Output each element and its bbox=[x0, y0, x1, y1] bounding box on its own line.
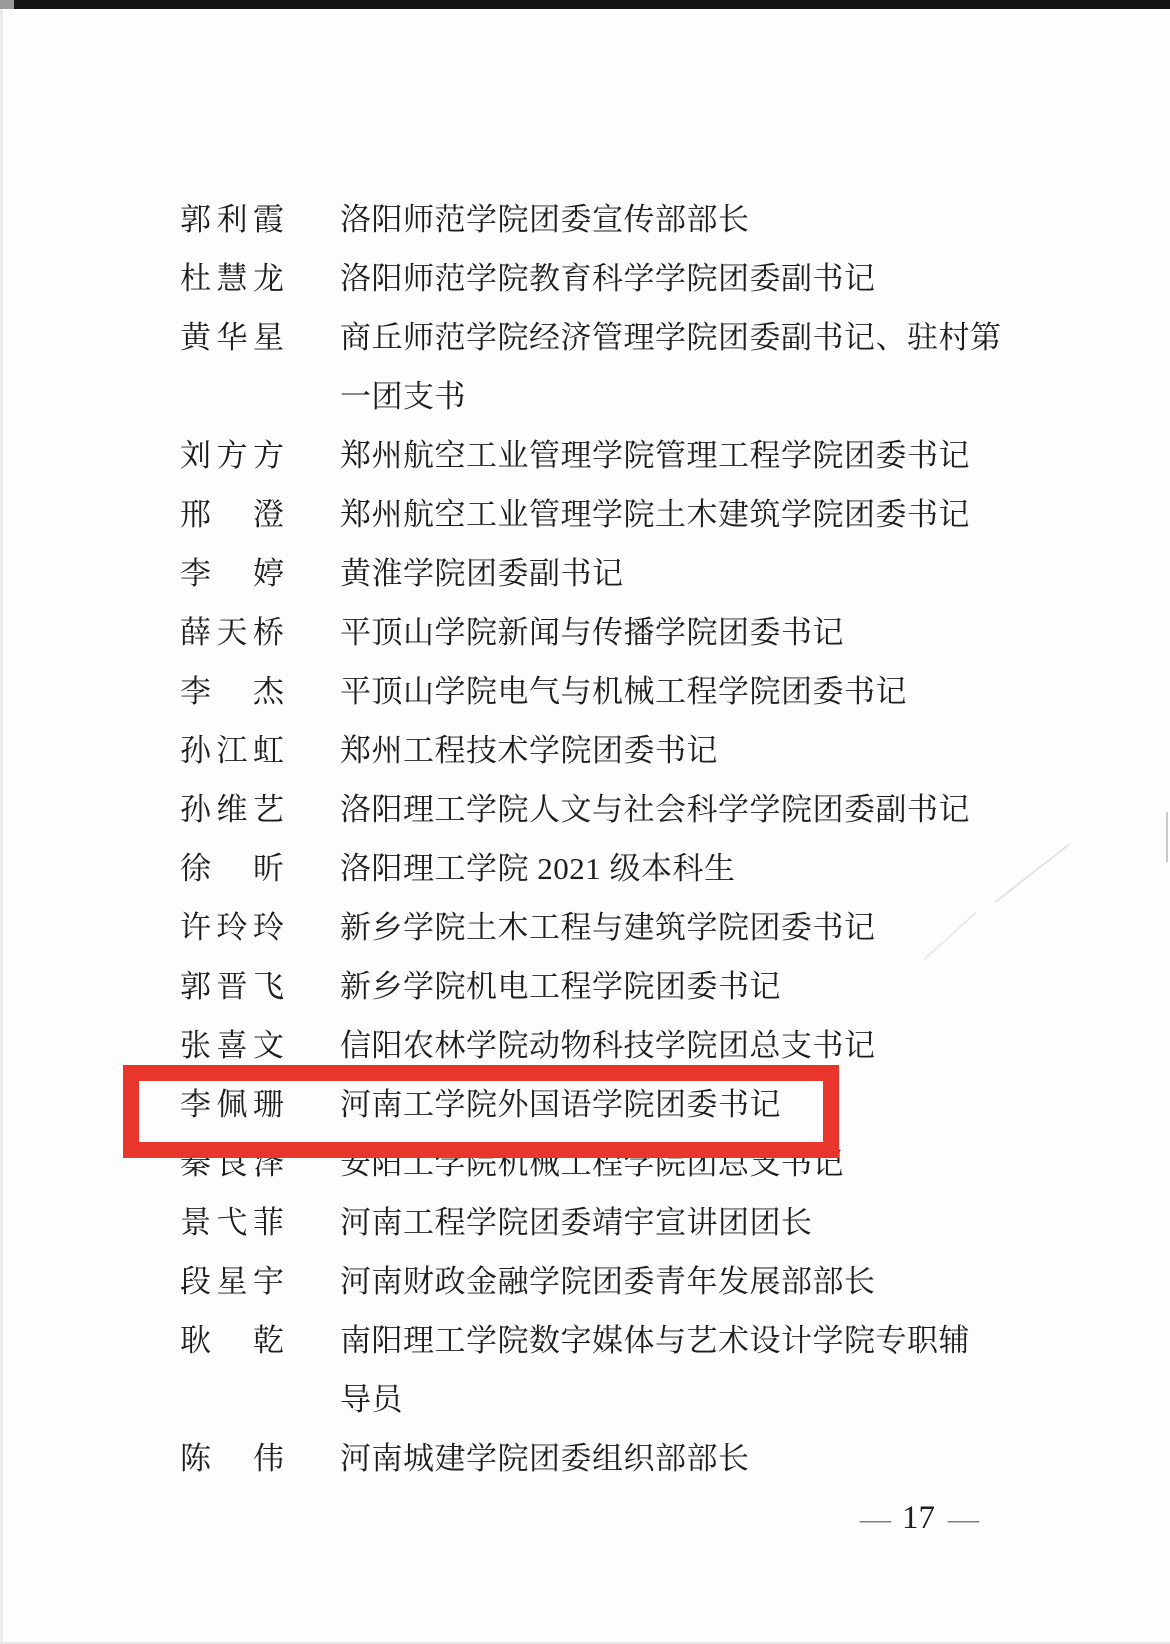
name-char: 昕 bbox=[253, 839, 284, 898]
person-position: 郑州航空工业管理学院管理工程学院团委书记 bbox=[340, 426, 970, 485]
name-char: 婷 bbox=[253, 544, 284, 603]
person-name: 景弋菲 bbox=[180, 1193, 284, 1252]
person-name: 薛天桥 bbox=[180, 603, 284, 662]
person-name: 耿乾 bbox=[180, 1311, 284, 1370]
person-name: 邢澄 bbox=[180, 485, 284, 544]
person-name: 徐昕 bbox=[180, 839, 284, 898]
name-char: 玲 bbox=[217, 898, 248, 957]
position-line: 洛阳师范学院教育科学学院团委副书记 bbox=[340, 249, 876, 308]
person-name: 张喜文 bbox=[180, 1016, 284, 1075]
person-position: 洛阳理工学院 2021 级本科生 bbox=[340, 839, 736, 898]
name-char: 佩 bbox=[217, 1075, 248, 1134]
name-char: 华 bbox=[217, 308, 248, 367]
person-name: 陈伟 bbox=[180, 1429, 284, 1488]
name-char: 薛 bbox=[180, 603, 211, 662]
scan-top-edge bbox=[0, 0, 1170, 9]
position-line: 河南城建学院团委组织部部长 bbox=[340, 1429, 750, 1488]
name-char: 秦 bbox=[180, 1134, 211, 1193]
person-position: 河南工学院外国语学院团委书记 bbox=[340, 1075, 781, 1134]
name-char: 杜 bbox=[180, 249, 211, 308]
position-line: 信阳农林学院动物科技学院团总支书记 bbox=[340, 1016, 876, 1075]
position-line: 一团支书 bbox=[340, 367, 1002, 426]
person-name: 杜慧龙 bbox=[180, 249, 284, 308]
list-item: 郭晋飞 新乡学院机电工程学院团委书记 bbox=[180, 957, 1002, 1016]
list-item: 耿乾 南阳理工学院数字媒体与艺术设计学院专职辅导员 bbox=[180, 1311, 1002, 1429]
position-line: 郑州航空工业管理学院土木建筑学院团委书记 bbox=[340, 485, 970, 544]
list-item: 孙江虹 郑州工程技术学院团委书记 bbox=[180, 721, 1002, 780]
person-name: 秦艮泽 bbox=[180, 1134, 284, 1193]
person-name: 刘方方 bbox=[180, 426, 284, 485]
name-char: 龙 bbox=[253, 249, 284, 308]
person-position: 洛阳理工学院人文与社会科学学院团委副书记 bbox=[340, 780, 970, 839]
name-char: 弋 bbox=[217, 1193, 248, 1252]
name-char: 方 bbox=[217, 426, 248, 485]
name-char: 星 bbox=[217, 1252, 248, 1311]
name-char: 李 bbox=[180, 544, 211, 603]
person-name: 黄华星 bbox=[180, 308, 284, 367]
name-char: 孙 bbox=[180, 780, 211, 839]
list-item: 许玲玲 新乡学院土木工程与建筑学院团委书记 bbox=[180, 898, 1002, 957]
list-item: 秦艮泽 安阳工学院机械工程学院团总支书记 bbox=[180, 1134, 1002, 1193]
list-item: 郭利霞 洛阳师范学院团委宣传部部长 bbox=[180, 190, 1002, 249]
award-list: 郭利霞 洛阳师范学院团委宣传部部长 杜慧龙 洛阳师范学院教育科学学院团委副书记 … bbox=[180, 190, 1002, 1488]
list-item: 李婷 黄淮学院团委副书记 bbox=[180, 544, 1002, 603]
name-char: 珊 bbox=[253, 1075, 284, 1134]
name-char: 喜 bbox=[217, 1016, 248, 1075]
name-char: 飞 bbox=[253, 957, 284, 1016]
person-position: 新乡学院机电工程学院团委书记 bbox=[340, 957, 781, 1016]
name-char: 慧 bbox=[217, 249, 248, 308]
person-name: 孙江虹 bbox=[180, 721, 284, 780]
person-name: 李杰 bbox=[180, 662, 284, 721]
page-number: — 17 — bbox=[860, 1500, 977, 1537]
name-char: 艺 bbox=[253, 780, 284, 839]
person-position: 河南工程学院团委靖宇宣讲团团长 bbox=[340, 1193, 813, 1252]
list-item: 李佩珊 河南工学院外国语学院团委书记 bbox=[180, 1075, 1002, 1134]
scan-left-edge bbox=[0, 9, 3, 1644]
name-char: 星 bbox=[253, 308, 284, 367]
name-char: 桥 bbox=[253, 603, 284, 662]
person-position: 河南财政金融学院团委青年发展部部长 bbox=[340, 1252, 876, 1311]
name-char: 黄 bbox=[180, 308, 211, 367]
name-char: 艮 bbox=[217, 1134, 248, 1193]
name-char: 张 bbox=[180, 1016, 211, 1075]
scan-right-artifact bbox=[1166, 812, 1168, 862]
name-char: 方 bbox=[253, 426, 284, 485]
position-line: 南阳理工学院数字媒体与艺术设计学院专职辅 bbox=[340, 1311, 970, 1370]
person-position: 洛阳师范学院教育科学学院团委副书记 bbox=[340, 249, 876, 308]
list-item: 徐昕 洛阳理工学院 2021 级本科生 bbox=[180, 839, 1002, 898]
person-name: 李佩珊 bbox=[180, 1075, 284, 1134]
list-item: 邢澄 郑州航空工业管理学院土木建筑学院团委书记 bbox=[180, 485, 1002, 544]
person-position: 洛阳师范学院团委宣传部部长 bbox=[340, 190, 750, 249]
position-line: 洛阳师范学院团委宣传部部长 bbox=[340, 190, 750, 249]
position-line: 河南财政金融学院团委青年发展部部长 bbox=[340, 1252, 876, 1311]
position-line: 郑州航空工业管理学院管理工程学院团委书记 bbox=[340, 426, 970, 485]
name-char: 景 bbox=[180, 1193, 211, 1252]
person-position: 安阳工学院机械工程学院团总支书记 bbox=[340, 1134, 844, 1193]
name-char: 宇 bbox=[253, 1252, 284, 1311]
name-char: 郭 bbox=[180, 957, 211, 1016]
name-char: 玲 bbox=[253, 898, 284, 957]
list-item: 薛天桥 平顶山学院新闻与传播学院团委书记 bbox=[180, 603, 1002, 662]
list-item: 杜慧龙 洛阳师范学院教育科学学院团委副书记 bbox=[180, 249, 1002, 308]
page-number-dash-left: — bbox=[860, 1501, 889, 1537]
name-char: 澄 bbox=[253, 485, 284, 544]
name-char: 霞 bbox=[253, 190, 284, 249]
position-line: 洛阳理工学院 2021 级本科生 bbox=[340, 839, 736, 898]
list-item: 刘方方 郑州航空工业管理学院管理工程学院团委书记 bbox=[180, 426, 1002, 485]
person-name: 郭晋飞 bbox=[180, 957, 284, 1016]
person-position: 平顶山学院新闻与传播学院团委书记 bbox=[340, 603, 844, 662]
person-position: 河南城建学院团委组织部部长 bbox=[340, 1429, 750, 1488]
position-line: 安阳工学院机械工程学院团总支书记 bbox=[340, 1134, 844, 1193]
person-position: 平顶山学院电气与机械工程学院团委书记 bbox=[340, 662, 907, 721]
name-char: 李 bbox=[180, 1075, 211, 1134]
name-char: 李 bbox=[180, 662, 211, 721]
position-line: 新乡学院土木工程与建筑学院团委书记 bbox=[340, 898, 876, 957]
list-item: 张喜文 信阳农林学院动物科技学院团总支书记 bbox=[180, 1016, 1002, 1075]
name-char: 菲 bbox=[253, 1193, 284, 1252]
position-line: 河南工学院外国语学院团委书记 bbox=[340, 1075, 781, 1134]
name-char: 乾 bbox=[253, 1311, 284, 1370]
person-name: 郭利霞 bbox=[180, 190, 284, 249]
name-char: 孙 bbox=[180, 721, 211, 780]
name-char: 许 bbox=[180, 898, 211, 957]
position-line: 洛阳理工学院人文与社会科学学院团委副书记 bbox=[340, 780, 970, 839]
name-char: 利 bbox=[217, 190, 248, 249]
list-item: 段星宇 河南财政金融学院团委青年发展部部长 bbox=[180, 1252, 1002, 1311]
person-name: 许玲玲 bbox=[180, 898, 284, 957]
person-position: 南阳理工学院数字媒体与艺术设计学院专职辅导员 bbox=[340, 1311, 970, 1429]
document-page: 郭利霞 洛阳师范学院团委宣传部部长 杜慧龙 洛阳师范学院教育科学学院团委副书记 … bbox=[0, 0, 1170, 1644]
person-position: 郑州航空工业管理学院土木建筑学院团委书记 bbox=[340, 485, 970, 544]
name-char: 邢 bbox=[180, 485, 211, 544]
position-line: 郑州工程技术学院团委书记 bbox=[340, 721, 718, 780]
position-line: 河南工程学院团委靖宇宣讲团团长 bbox=[340, 1193, 813, 1252]
page-number-dash-right: — bbox=[948, 1501, 977, 1537]
name-char: 耿 bbox=[180, 1311, 211, 1370]
page-number-value: 17 bbox=[902, 1500, 935, 1537]
name-char: 江 bbox=[217, 721, 248, 780]
position-line: 平顶山学院新闻与传播学院团委书记 bbox=[340, 603, 844, 662]
name-char: 泽 bbox=[253, 1134, 284, 1193]
list-item: 景弋菲 河南工程学院团委靖宇宣讲团团长 bbox=[180, 1193, 1002, 1252]
name-char: 刘 bbox=[180, 426, 211, 485]
person-name: 李婷 bbox=[180, 544, 284, 603]
list-item: 黄华星 商丘师范学院经济管理学院团委副书记、驻村第一团支书 bbox=[180, 308, 1002, 426]
name-char: 文 bbox=[253, 1016, 284, 1075]
person-position: 黄淮学院团委副书记 bbox=[340, 544, 624, 603]
name-char: 陈 bbox=[180, 1429, 211, 1488]
list-item: 陈伟 河南城建学院团委组织部部长 bbox=[180, 1429, 1002, 1488]
name-char: 杰 bbox=[253, 662, 284, 721]
name-char: 段 bbox=[180, 1252, 211, 1311]
name-char: 维 bbox=[217, 780, 248, 839]
name-char: 徐 bbox=[180, 839, 211, 898]
person-position: 商丘师范学院经济管理学院团委副书记、驻村第一团支书 bbox=[340, 308, 1002, 426]
position-line: 导员 bbox=[340, 1370, 970, 1429]
position-line: 商丘师范学院经济管理学院团委副书记、驻村第 bbox=[340, 308, 1002, 367]
name-char: 晋 bbox=[217, 957, 248, 1016]
name-char: 虹 bbox=[253, 721, 284, 780]
scan-crease-streak bbox=[994, 843, 1070, 903]
name-char: 伟 bbox=[253, 1429, 284, 1488]
scan-top-edge-cap bbox=[0, 0, 14, 9]
position-line: 黄淮学院团委副书记 bbox=[340, 544, 624, 603]
person-position: 郑州工程技术学院团委书记 bbox=[340, 721, 718, 780]
position-line: 新乡学院机电工程学院团委书记 bbox=[340, 957, 781, 1016]
name-char: 天 bbox=[217, 603, 248, 662]
list-item: 孙维艺 洛阳理工学院人文与社会科学学院团委副书记 bbox=[180, 780, 1002, 839]
person-position: 信阳农林学院动物科技学院团总支书记 bbox=[340, 1016, 876, 1075]
name-char: 郭 bbox=[180, 190, 211, 249]
position-line: 平顶山学院电气与机械工程学院团委书记 bbox=[340, 662, 907, 721]
person-position: 新乡学院土木工程与建筑学院团委书记 bbox=[340, 898, 876, 957]
list-item: 李杰 平顶山学院电气与机械工程学院团委书记 bbox=[180, 662, 1002, 721]
person-name: 段星宇 bbox=[180, 1252, 284, 1311]
person-name: 孙维艺 bbox=[180, 780, 284, 839]
